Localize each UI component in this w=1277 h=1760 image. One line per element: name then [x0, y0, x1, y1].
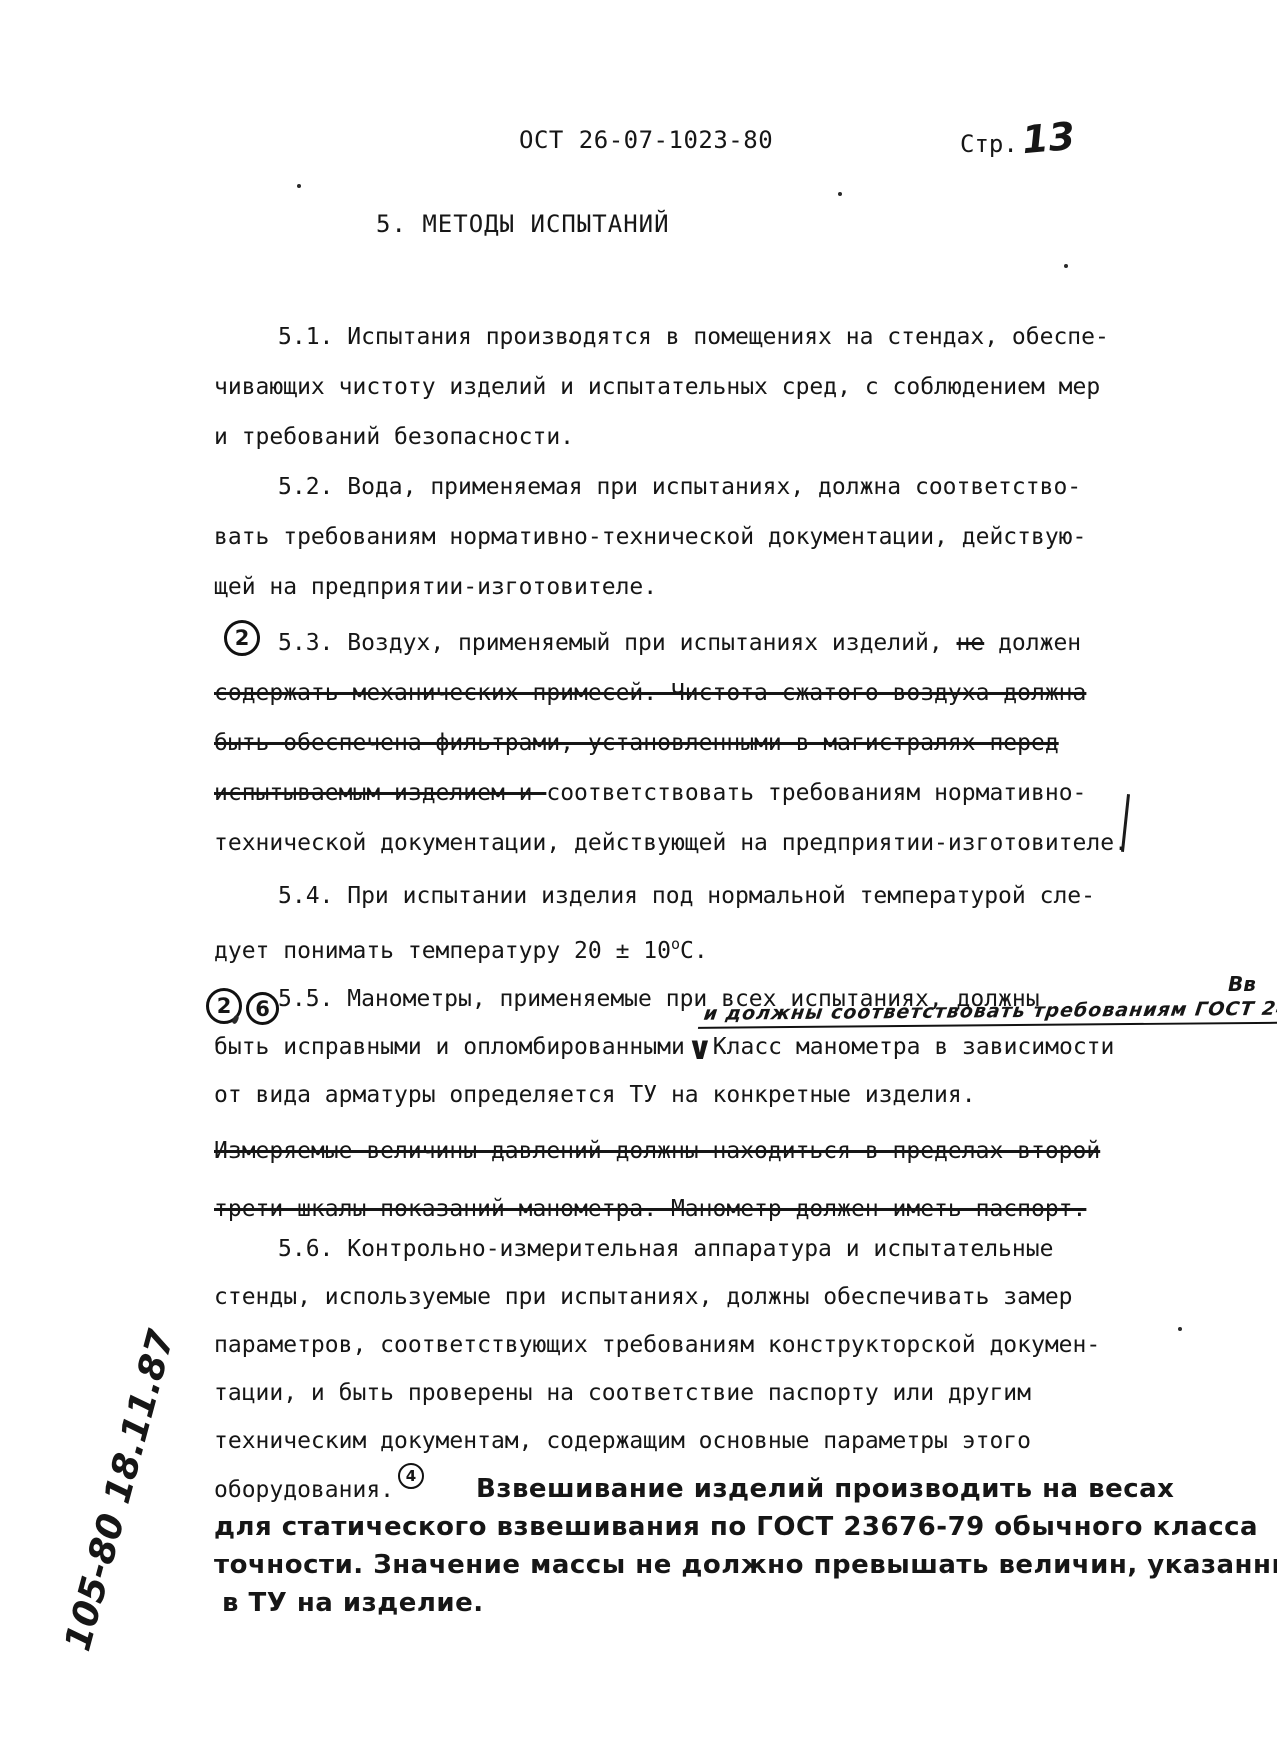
paragraph-5-1: 5.1. Испытания производятся в помещениях… — [214, 312, 1109, 462]
insertion-caret: ∨ — [687, 1029, 713, 1067]
struck-text: испытываемым изделием и — [214, 780, 546, 806]
text-line: техническим документам, содержащим основ… — [214, 1417, 1174, 1465]
text-line: 5.1. Испытания производятся в помещениях… — [214, 312, 1109, 362]
text-segment: быть исправными и опломбированными — [214, 1034, 685, 1060]
page-label: Стр. — [960, 130, 1018, 158]
text-segment: 5.3. Воздух, применяемый при испытаниях … — [278, 630, 957, 656]
scan-speck — [297, 184, 301, 188]
paragraph-5-3: 5.3. Воздух, применяемый при испытаниях … — [214, 618, 1128, 868]
text-segment: Класс манометра в зависимости — [713, 1034, 1115, 1060]
handwritten-block: для статического взвешивания по ГОСТ 236… — [214, 1508, 1277, 1622]
text-line: 5.5. Манометры, применяемые при всех исп… — [214, 975, 1114, 1023]
text-segment: оборудования. — [214, 1477, 394, 1503]
handwritten-line: точности. Значение массы не должно превы… — [214, 1546, 1277, 1584]
text-line: быть исправными и опломбированными∨Класс… — [214, 1023, 1114, 1071]
paragraph-5-4: 5.4. При испытании изделия под нормально… — [214, 872, 1095, 968]
handwritten-side-note: Вв — [1228, 972, 1256, 996]
struck-paragraph: Измеряемые величины давлений должны нахо… — [214, 1122, 1100, 1238]
handwritten-text: Взвешивание изделий производить на весах — [476, 1474, 1174, 1504]
degree-superscript: о — [671, 935, 680, 953]
text-line: 5.3. Воздух, применяемый при испытаниях … — [214, 618, 1128, 668]
struck-line: содержать механических примесей. Чистота… — [214, 668, 1128, 718]
rotated-margin-note: 105-80 18.11.87 — [45, 1278, 196, 1704]
page-number-handwritten: 13 — [1020, 114, 1077, 162]
text-line: 5.4. При испытании изделия под нормально… — [214, 872, 1095, 920]
scan-speck — [838, 192, 842, 196]
text-line: 5.6. Контрольно-измерительная аппаратура… — [214, 1225, 1174, 1273]
text-line: щей на предприятии-изготовителе. — [214, 562, 1086, 612]
text-line: 5.2. Вода, применяемая при испытаниях, д… — [214, 462, 1086, 512]
text-segment: должен — [984, 630, 1081, 656]
struck-line: Измеряемые величины давлений должны нахо… — [214, 1122, 1100, 1180]
text-line: вать требованиям нормативно-технической … — [214, 512, 1086, 562]
text-line: от вида арматуры определяется ТУ на конк… — [214, 1071, 1114, 1119]
text-segment: соответствовать требованиям нормативно- — [546, 780, 1086, 806]
text-line: и требований безопасности. — [214, 412, 1109, 462]
scan-speck — [569, 339, 573, 343]
handwritten-line: для статического взвешивания по ГОСТ 236… — [214, 1508, 1277, 1546]
handwritten-line: в ТУ на изделие. — [214, 1584, 1277, 1622]
section-title: 5. МЕТОДЫ ИСПЫТАНИЙ — [376, 210, 670, 238]
footnote-marker-circled-4: 4 — [398, 1463, 424, 1489]
text-line: испытываемым изделием и соответствовать … — [214, 768, 1128, 818]
text-segment: дует понимать температуру 20 ± 10 — [214, 938, 671, 964]
text-line: технической документации, действующей на… — [214, 818, 1128, 868]
text-line: оборудования.4Взвешивание изделий произв… — [214, 1465, 1174, 1513]
paragraph-5-6: 5.6. Контрольно-измерительная аппаратура… — [214, 1225, 1174, 1513]
text-line: тации, и быть проверены на соответствие … — [214, 1369, 1174, 1417]
paragraph-5-5: 5.5. Манометры, применяемые при всех исп… — [214, 975, 1114, 1119]
text-line: стенды, используемые при испытаниях, дол… — [214, 1273, 1174, 1321]
struck-text: не — [957, 630, 985, 656]
scan-speck — [1064, 264, 1068, 268]
text-line: чивающих чистоту изделий и испытательных… — [214, 362, 1109, 412]
paragraph-5-2: 5.2. Вода, применяемая при испытаниях, д… — [214, 462, 1086, 612]
scan-speck — [1178, 1327, 1182, 1331]
document-number: ОСТ 26-07-1023-80 — [519, 126, 773, 154]
text-line: параметров, соответствующих требованиям … — [214, 1321, 1174, 1369]
text-line: дует понимать температуру 20 ± 10оС. — [214, 920, 1095, 968]
scanned-document-page: ОСТ 26-07-1023-80 Стр. 13 5. МЕТОДЫ ИСПЫ… — [0, 0, 1277, 1760]
text-segment: С. — [680, 938, 708, 964]
struck-line: быть обеспечена фильтрами, установленным… — [214, 718, 1128, 768]
